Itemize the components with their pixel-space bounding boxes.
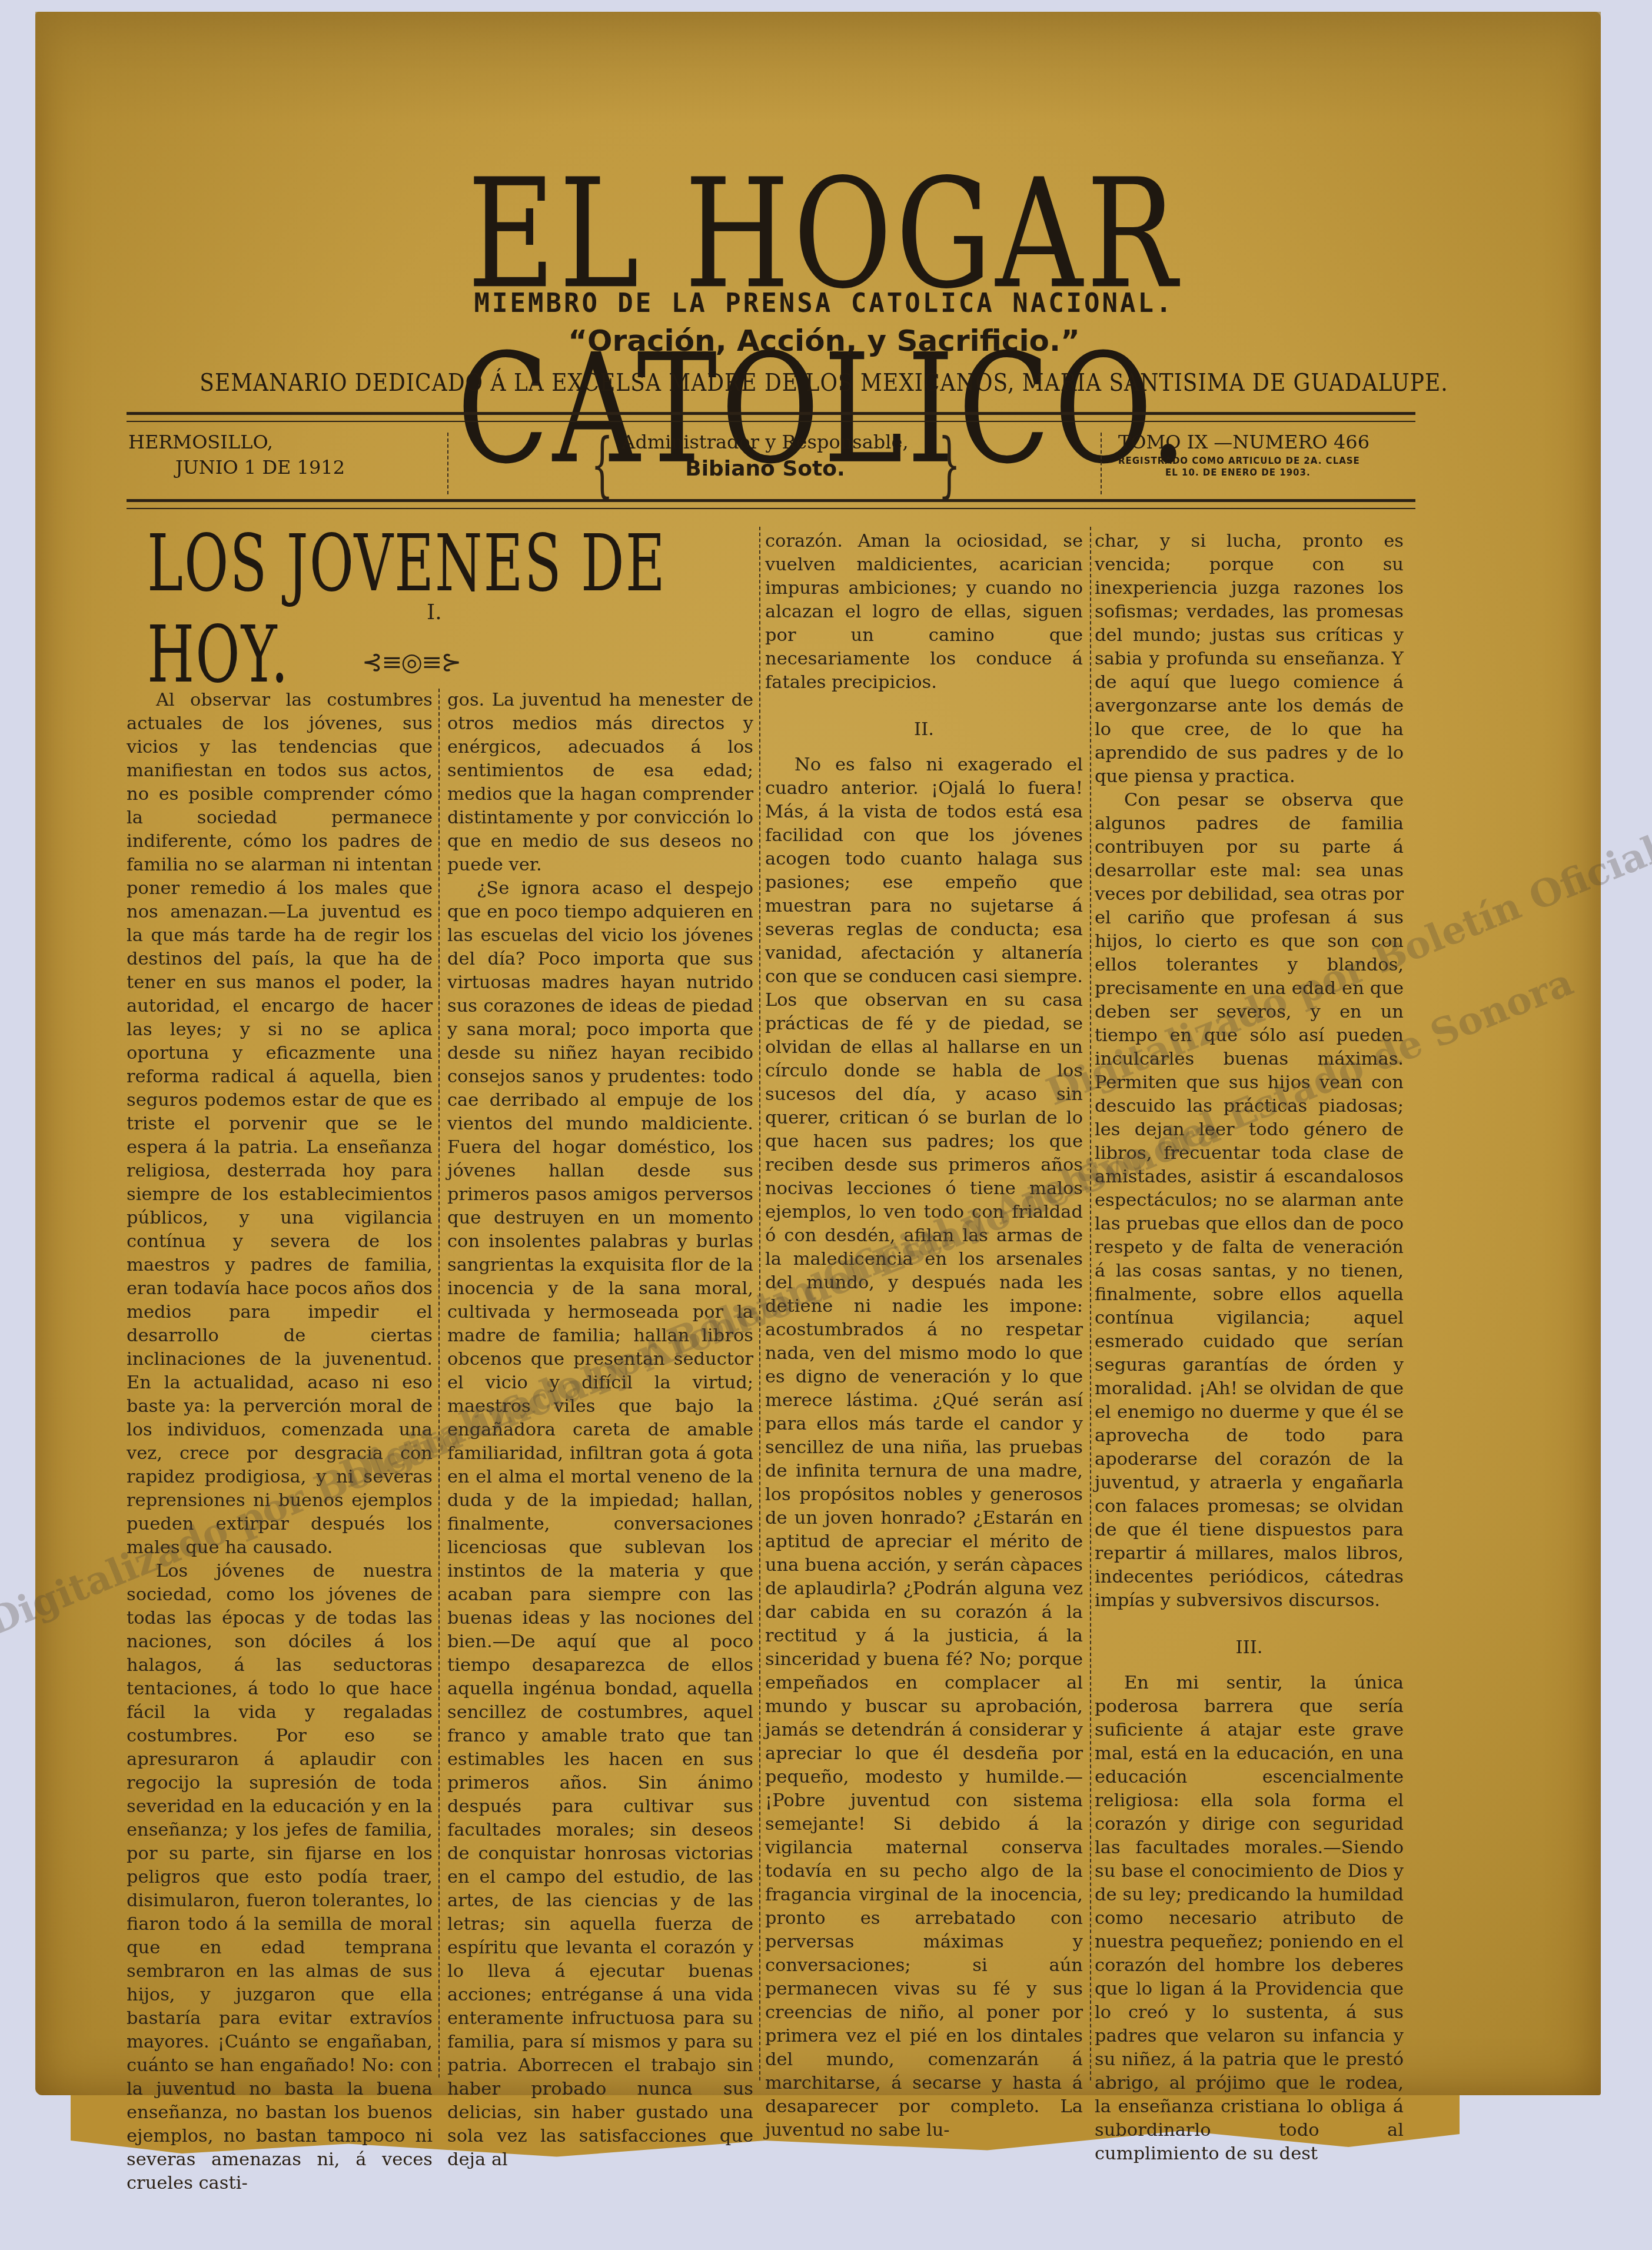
column-divider xyxy=(1101,433,1102,494)
paragraph: Al observar las costumbres actuales de l… xyxy=(127,689,433,1560)
administrator-role: Administrador y Responsable, xyxy=(589,430,942,455)
issue-date: JUNIO 1 DE 1912 xyxy=(128,455,364,480)
registration-line-1: REGISTRADO COMO ARTICULO DE 2A. CLASE xyxy=(1118,455,1389,467)
volume-number: TOMO IX —NUMERO 466 xyxy=(1118,430,1389,455)
newspaper-content: EL HOGAR CATOLICO. MIEMBRO DE LA PRENSA … xyxy=(0,0,1652,2250)
paragraph: En mi sentir, la única poderosa barrera … xyxy=(1095,1671,1404,2166)
membership-line: MIEMBRO DE LA PRENSA CATOLICA NACIONAL. xyxy=(118,288,1530,318)
administrator-block: Administrador y Responsable, Bibiano Sot… xyxy=(589,430,942,484)
article-column-2: gos. La juventud ha menester de otros me… xyxy=(447,689,753,2172)
dedication-line: SEMANARIO DEDICADO Á LA EXCELSA MADRE DE… xyxy=(118,369,1530,397)
paragraph: gos. La juventud ha menester de otros me… xyxy=(447,689,753,877)
motto: “Oración, Acción, y Sacrificio.” xyxy=(118,324,1530,358)
dateline: HERMOSILLO, JUNIO 1 DE 1912 xyxy=(128,430,364,480)
section-number-3: III. xyxy=(1095,1636,1404,1660)
column-divider xyxy=(438,689,440,2078)
header-rule-top xyxy=(127,412,1415,422)
city: HERMOSILLO, xyxy=(128,430,364,455)
paragraph: char, y si lucha, pronto es vencida; por… xyxy=(1095,530,1404,789)
administrator-name: Bibiano Soto. xyxy=(589,455,942,484)
paragraph: Los jóvenes de nuestra sociedad, como lo… xyxy=(127,1560,433,2195)
paragraph: No es falso ni exagerado el cuadro anter… xyxy=(765,753,1083,2142)
section-number-2: II. xyxy=(765,718,1083,742)
volume-block: TOMO IX —NUMERO 466 REGISTRADO COMO ARTI… xyxy=(1118,430,1389,479)
paragraph: Con pesar se observa que algunos padres … xyxy=(1095,789,1404,1613)
column-divider xyxy=(759,527,760,2080)
paragraph: ¿Se ignora acaso el despejo que en poco … xyxy=(447,877,753,2172)
column-divider xyxy=(1090,527,1091,2080)
ornament-divider: ⊰≡◎≡⊱ xyxy=(362,647,460,676)
article-column-3: corazón. Aman la ociosidad, se vuelven m… xyxy=(765,530,1083,2142)
article-column-4: char, y si lucha, pronto es vencida; por… xyxy=(1095,530,1404,2166)
section-number-1: I. xyxy=(427,600,442,624)
header-rule-bottom xyxy=(127,499,1415,509)
registration-line-2: EL 10. DE ENERO DE 1903. xyxy=(1118,467,1389,478)
paragraph: corazón. Aman la ociosidad, se vuelven m… xyxy=(765,530,1083,694)
right-brace: } xyxy=(938,424,960,506)
article-column-1: Al observar las costumbres actuales de l… xyxy=(127,689,433,2195)
column-divider xyxy=(447,433,448,494)
